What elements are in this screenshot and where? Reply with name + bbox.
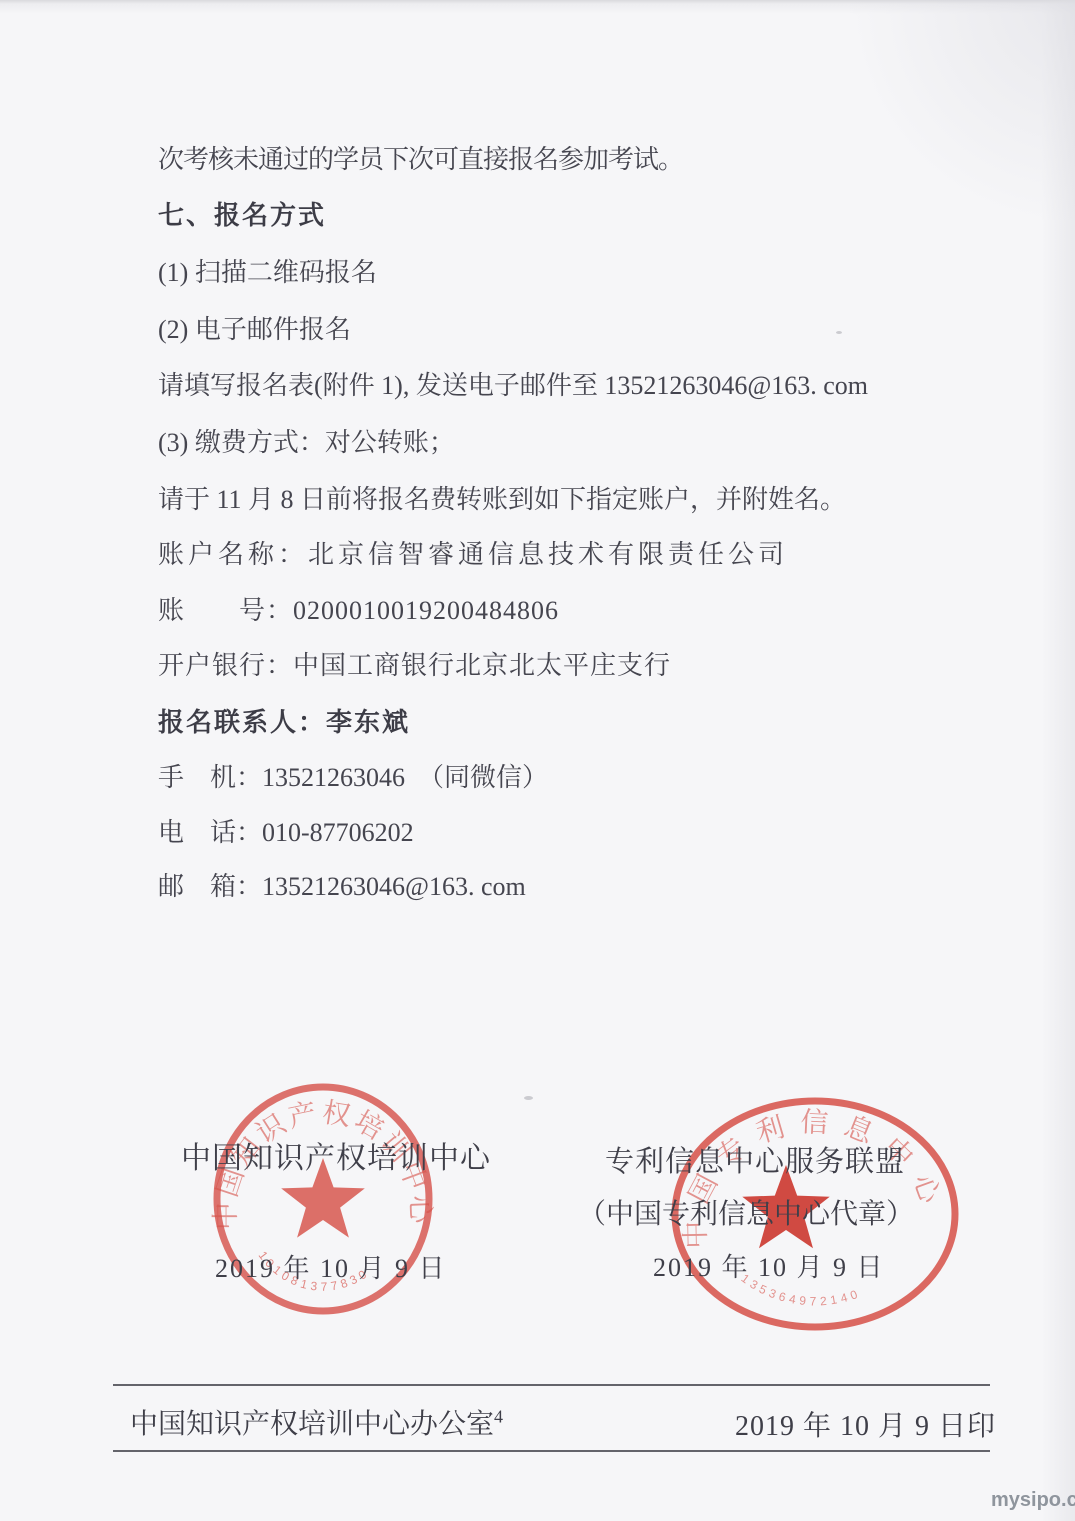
doc-line: 开户银行：中国工商银行北京北太平庄支行: [158, 651, 671, 681]
scan-edge-shadow: [1041, 0, 1075, 1521]
scan-speck: [836, 331, 842, 334]
doc-line: 请于 11 月 8 日前将报名费转账到如下指定账户，并附姓名。: [158, 485, 846, 515]
doc-section-heading: 七、报名方式: [158, 201, 326, 231]
doc-line: 次考核未通过的学员下次可直接报名参加考试。: [158, 145, 683, 175]
right-seal-org-name: 专利信息中心服务联盟: [605, 1139, 905, 1180]
scan-corner-shade: [835, 0, 1075, 220]
doc-line: 邮 箱：13521263046@163. com: [158, 872, 526, 902]
left-seal-date: 2019 年 10 月 9 日: [215, 1248, 447, 1285]
doc-line: (1) 扫描二维码报名: [158, 258, 377, 288]
doc-line: 账 号：0200010019200484806: [158, 596, 559, 626]
doc-line: 报名联系人：李东斌: [158, 708, 410, 738]
footer-rule-top: [113, 1384, 990, 1386]
scan-speck: [524, 1096, 533, 1100]
doc-line: 电 话：010-87706202: [158, 818, 414, 848]
footer-superscript: 4: [494, 1407, 503, 1427]
right-seal-date: 2019 年 10 月 9 日: [653, 1247, 885, 1284]
doc-line: 手 机：13521263046 （同微信）: [158, 763, 548, 793]
footer-office-name: 中国知识产权培训中心办公室: [130, 1409, 494, 1440]
scanned-page: 次考核未通过的学员下次可直接报名参加考试。 七、报名方式 (1) 扫描二维码报名…: [0, 0, 1075, 1521]
doc-line: 账户名称：北京信智睿通信息技术有限责任公司: [158, 540, 788, 570]
footer-rule-bottom: [113, 1450, 990, 1452]
left-seal-org-name: 中国知识产权培训中心: [181, 1133, 491, 1177]
right-seal-agency-line: （中国专利信息中心代章）: [578, 1192, 914, 1232]
doc-line: 请填写报名表(附件 1), 发送电子邮件至 13521263046@163. c…: [158, 371, 868, 401]
footer-print-date: 2019 年 10 月 9 日印: [735, 1404, 996, 1444]
doc-line: (3) 缴费方式：对公转账；: [158, 428, 455, 458]
site-watermark: mysipo.com: [991, 1489, 1075, 1512]
doc-line: (2) 电子邮件报名: [158, 315, 351, 345]
footer-issuing-office: 中国知识产权培训中心办公室4: [130, 1402, 503, 1442]
